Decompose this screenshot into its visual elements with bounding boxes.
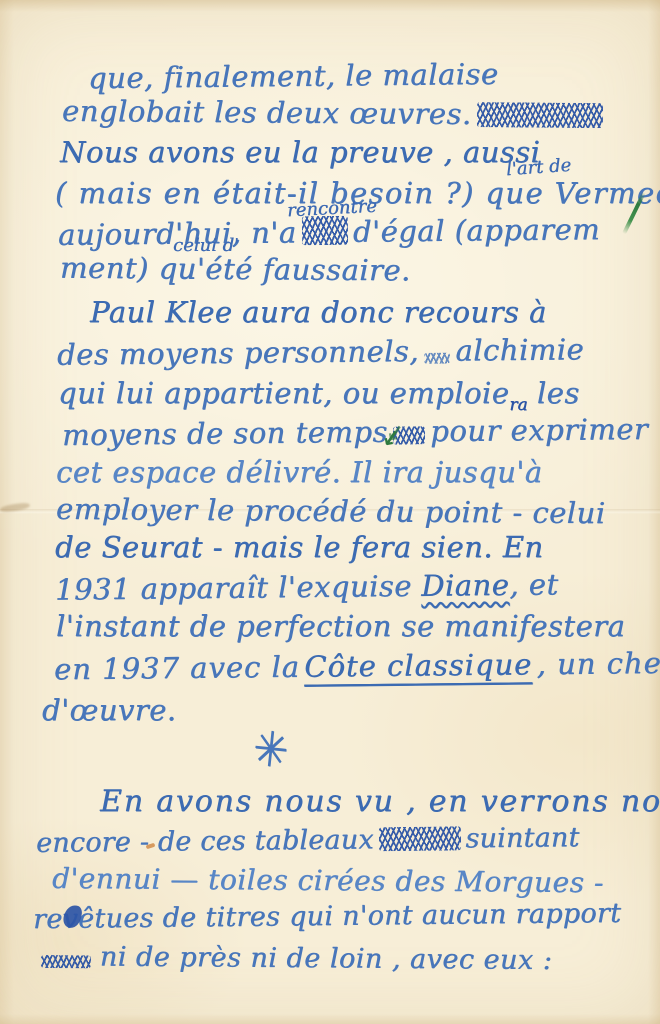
line-text: moyens de son temps	[62, 418, 388, 450]
manuscript-line: que, finalement, le malaise	[88, 60, 499, 93]
line-text: ni de près ni de loin , avec eux :	[100, 943, 553, 974]
manuscript-line: ni de près ni de loin , avec eux :	[36, 943, 552, 974]
scribbled-out-word	[424, 353, 450, 364]
manuscript-line: Paul Klee aura donc recours à	[90, 298, 547, 327]
manuscript-line: qui lui appartient, ou emploierales	[58, 379, 580, 414]
correction-cluster: ↙	[388, 417, 431, 446]
line-text: alchimie	[455, 335, 584, 365]
line-text: 1931 apparaît l'exquise	[55, 572, 412, 605]
manuscript-line: Nous avons eu la preuve , aussi	[60, 138, 540, 167]
line-text: qui lui appartient, ou emploie	[58, 379, 509, 408]
line-text: , un chef-	[536, 649, 660, 680]
underlined-title-cote-classique: Côte classique	[304, 650, 532, 686]
scribbled-out-word	[477, 102, 603, 128]
manuscript-line: de Seurat - mais le fera sien. En	[55, 533, 544, 562]
line-text: englobait les deux œuvres.	[62, 97, 472, 129]
line-text: des moyens personnels,	[57, 337, 419, 370]
line-text: en 1937 avec la	[54, 653, 300, 685]
line-text: , et	[509, 570, 559, 600]
manuscript-line: encore - de ces tableauxsuintant	[36, 824, 580, 857]
line-text: pour exprimer	[430, 415, 648, 446]
manuscript-line: 1931 apparaît l'exquiseDiane, et	[55, 570, 559, 604]
green-caret-mark: ↙	[380, 427, 403, 452]
manuscript-line: employer le procédé du point - celui	[56, 495, 606, 528]
line-text: les	[537, 379, 580, 408]
line-text: suintant	[465, 824, 579, 852]
manuscript-line: d'œuvre.	[42, 696, 177, 725]
inline-correction: ra	[509, 397, 527, 414]
scribbled-out-word	[378, 826, 460, 851]
scribbled-out-word	[41, 955, 91, 968]
manuscript-line: des moyens personnels,alchimie	[57, 335, 584, 370]
manuscript-line: d'ennui — toiles cirées des Morgues -	[52, 865, 604, 897]
manuscript-line: en 1937 avec laCôte classique, un chef-	[54, 649, 660, 690]
line-text: encore - de ces tableaux	[36, 826, 374, 857]
manuscript-line: En avons nous vu , en verrons nous	[100, 787, 660, 817]
underlined-title-diane: Diane	[421, 571, 509, 601]
manuscript-line: englobait les deux œuvres.	[62, 97, 608, 130]
manuscript-line: revêtues de titres qui n'ont aucun rappo…	[33, 900, 621, 933]
manuscript-line: l'instant de perfection se manifestera	[56, 612, 625, 641]
line-text: d'égal (apparem	[353, 215, 600, 247]
section-separator-asterisk: ✳	[251, 724, 291, 776]
manuscript-line: ment) qu'été faussaire.	[60, 254, 411, 286]
manuscript-line: moyens de son temps↙pour exprimer	[62, 415, 648, 450]
letter-page: que, finalement, le malaise englobait le…	[0, 0, 660, 1024]
manuscript-line: cet espace délivré. Il ira jusqu'à	[56, 458, 543, 487]
